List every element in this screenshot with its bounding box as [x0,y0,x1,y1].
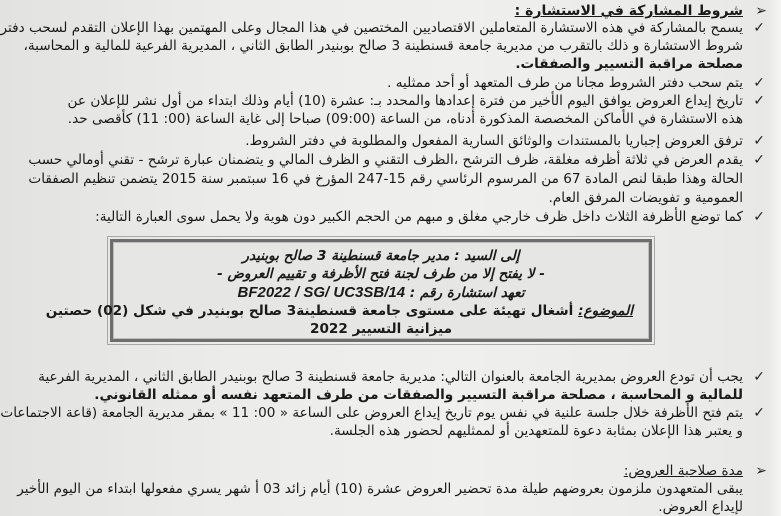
paragraph-line: للمالية و المحاسبة ، مصلحة مراقبة التسيي… [94,387,743,404]
arrow-bullet-icon: ➢ [755,463,767,480]
subject-text: أشغال تهيئة على مستوى جامعة قسنطينة3 صال… [46,303,574,319]
subject-label: الموضوع: [578,303,633,319]
envelope-do-not-open-notice: - لا يفتح إلا من طرف لجنة فتح الأظرفة و … [113,266,649,283]
section-heading-offer-validity: مدة صلاحية العروض: [624,463,743,480]
paragraph-line: يسمح بالمشاركة في هذه الاستشارة المتعامل… [1,20,743,37]
check-bullet-icon: ✓ [753,209,765,226]
paragraph-line: يجب أن تودع العروض بمديرية الجامعة بالعن… [38,369,743,386]
paragraph-line: الحالة وهذا طبقا لنص المادة 67 من المرسو… [28,171,743,188]
section-heading-participation-conditions: شروط المشاركة في الاستشارة : [515,3,743,20]
paragraph-line: شروط الاستشارة و ذلك بالتقرب من مديرية ج… [23,38,743,55]
paragraph-line: يبقى المتعهدون ملزمون بعروضهم طيلة مدة ت… [17,481,743,498]
page-edge-shading [767,0,781,516]
check-bullet-icon: ✓ [753,75,765,92]
check-bullet-icon: ✓ [753,20,765,37]
paragraph-line: كما توضع الأظرفة الثلاث داخل ظرف خارجي م… [95,209,743,226]
check-bullet-icon: ✓ [753,93,765,110]
envelope-consultation-number: تعهد استشارة رقم : BF2022 / SG/ UC3SB/14 [113,284,649,302]
check-bullet-icon: ✓ [753,405,765,422]
check-bullet-icon: ✓ [753,369,765,386]
paragraph-line: لإيداع العروض. [658,499,743,516]
paragraph-line: مصلحة مراقبة التسيير والصفقات. [515,56,743,73]
consultation-number-label: تعهد استشارة رقم : [410,285,525,301]
envelope-label-box: إلى السيد : مدير جامعة قسنطينة 3 صالح بو… [110,239,652,342]
paragraph-line: يتم سحب دفتر الشروط مجانا من طرف المتعهد… [387,75,743,92]
envelope-budget-line: ميزانية التسيير 2022 [113,321,649,338]
check-bullet-icon: ✓ [753,133,765,150]
paragraph-line: هذه الاستشارة في الأماكن المخصصة المذكور… [68,111,743,128]
check-bullet-icon: ✓ [753,152,765,169]
envelope-subject: الموضوع: أشغال تهيئة على مستوى جامعة قسن… [113,303,633,320]
paragraph-line: العمومية و تفويضات المرفق العام. [548,190,743,207]
paragraph-line: ترفق العروض إجباريا بالمستندات والوثائق … [245,133,743,150]
consultation-reference: BF2022 / SG/ UC3SB/14 [237,284,405,301]
envelope-addressee: إلى السيد : مدير جامعة قسنطينة 3 صالح بو… [113,248,649,265]
scanned-document-page: ➢ شروط المشاركة في الاستشارة : ✓ يسمح با… [0,0,781,516]
paragraph-line: تاريخ إيداع العروض يوافق اليوم الأخير من… [68,93,743,110]
arrow-bullet-icon: ➢ [755,3,767,20]
paragraph-line: و يعتبر هذا الإعلان بمثابة دعوة للمتعهدي… [330,423,743,440]
paragraph-line: يقدم العرض في ثلاثة أظرفه مغلقة، ظرف الت… [28,152,743,169]
paragraph-line: يتم فتح الأظرفة خلال جلسة علنية في نفس ي… [0,405,743,422]
